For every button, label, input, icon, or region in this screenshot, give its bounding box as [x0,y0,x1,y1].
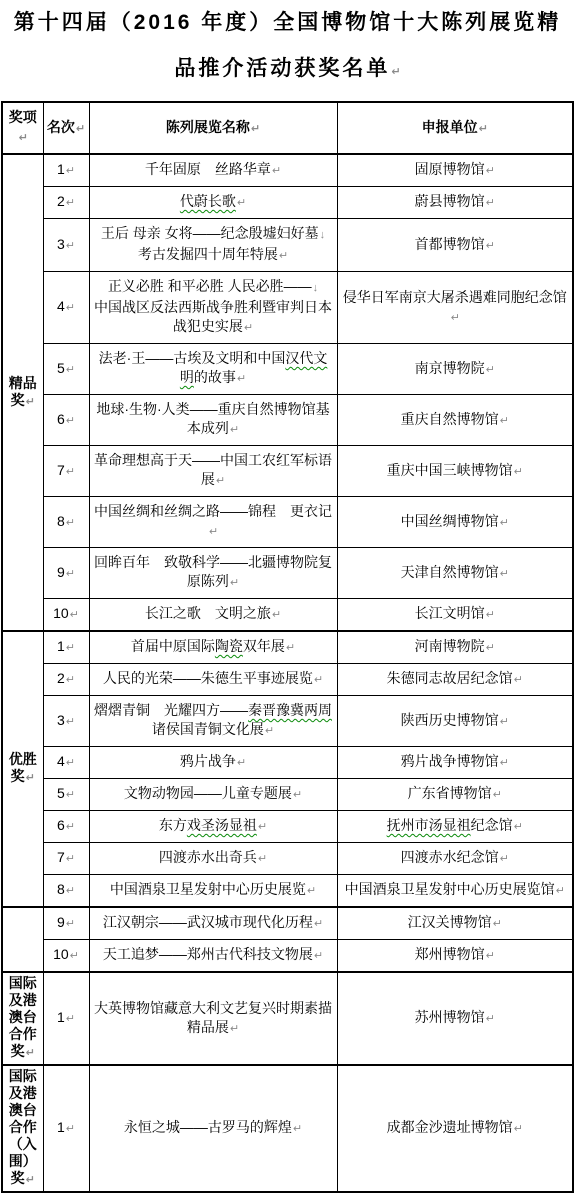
text-segment: 大英博物馆藏意大利文艺复兴时期素描 [94,1000,332,1016]
text-segment: 精品展 [187,1019,229,1035]
organization-cell: 鸦片战争博物馆↵ [337,747,573,779]
text-segment: 河南博物院 [415,638,485,654]
paragraph-mark-icon: ↵ [65,674,75,686]
rank-cell: 3↵ [43,696,89,747]
table-row: 5↵法老·王——古埃及文明和中国汉代文明的故事↵南京博物院↵ [2,344,573,395]
paragraph-mark-icon: ↵ [485,197,495,209]
text-segment: 南京博物院 [415,360,485,376]
text-segment: 苏州博物馆 [415,1009,485,1025]
text-segment: 地球·生物·人类——重庆自然博物馆基本成列 [96,401,329,436]
paragraph-mark-icon: ↵ [236,373,246,385]
paragraph-mark-icon: ↵ [65,197,75,209]
organization-cell: 抚州市汤显祖纪念馆↵ [337,811,573,843]
exhibit-name-cell: 中国丝绸和丝绸之路——锦程 更衣记↵ [89,497,337,548]
text-segment: 重庆中国三峡博物馆 [387,462,513,478]
paragraph-mark-icon: ↵ [65,821,75,833]
text-segment: 中国战区反法西斯战争胜利暨审判日本战犯史实展 [94,299,332,334]
title-text: 第十四届（2016 年度）全国博物馆十大陈列展览精 [14,11,562,34]
paragraph-mark-icon: ↵ [513,821,523,833]
exhibit-name-cell: 代蔚长歌↵ [89,187,337,219]
header-cell-organization: 申报单位↵ [337,102,573,154]
paragraph-mark-icon: ↵ [236,197,246,209]
exhibit-name-cell: 东方戏圣汤显祖↵ [89,811,337,843]
paragraph-mark-icon: ↵ [69,950,79,962]
text-segment: 成都金沙遗址博物馆 [387,1119,513,1135]
exhibit-name-cell: 鸦片战争↵ [89,747,337,779]
organization-cell: 陕西历史博物馆↵ [337,696,573,747]
table-row: 4↵正义必胜 和平必胜 人民必胜——↓中国战区反法西斯战争胜利暨审判日本战犯史实… [2,272,573,344]
paragraph-mark-icon: ↵ [75,123,85,135]
paragraph-mark-icon: ↵ [478,123,488,135]
paragraph-mark-icon: ↵ [25,772,35,784]
paragraph-mark-icon: ↵ [250,123,260,135]
paragraph-mark-icon: ↵ [65,364,75,376]
exhibit-name-cell: 中国酒泉卫星发射中心历史展览↵ [89,875,337,908]
text-segment: 中国丝绸和丝绸之路——锦程 更衣记 [94,503,332,519]
award-cell: 精品 奖↵ [2,154,43,631]
awards-table: 奖项↵ 名次↵ 陈列展览名称↵ 申报单位↵ 精品 奖↵1↵千年固原 丝路华章↵固… [1,101,574,1193]
text-segment: 正义必胜 和平必胜 人民必胜—— [108,278,312,294]
header-label: 名次 [47,119,75,135]
text-segment: 天工追梦——郑州古代科技文物展 [103,946,313,962]
award-cell: 优胜 奖↵ [2,631,43,907]
paragraph-mark-icon: ↵ [499,568,509,580]
text-segment: 四渡赤水出奇兵 [159,849,257,865]
line-break-mark-icon: ↓ [319,229,326,241]
header-label: 陈列展览名称 [166,119,250,135]
paragraph-mark-icon: ↵ [485,950,495,962]
table-row: 7↵革命理想高于天——中国工农红军标语展↵重庆中国三峡博物馆↵ [2,446,573,497]
award-cell: 国际 及港 澳台 合作 （入 围） 奖↵ [2,1065,43,1192]
rank-cell: 6↵ [43,811,89,843]
paragraph-mark-icon: ↵ [492,789,502,801]
paragraph-mark-icon: ↵ [18,132,28,144]
rank-cell: 10↵ [43,940,89,973]
paragraph-mark-icon: ↵ [450,312,460,324]
exhibit-name-cell: 地球·生物·人类——重庆自然博物馆基本成列↵ [89,395,337,446]
organization-cell: 长江文明馆↵ [337,599,573,632]
text-segment: 熠熠青铜 光耀四方—— [94,702,248,718]
organization-cell: 南京博物院↵ [337,344,573,395]
rank-number: 7 [57,462,65,478]
exhibit-name-cell: 天工追梦——郑州古代科技文物展↵ [89,940,337,973]
exhibit-name-cell: 法老·王——古埃及文明和中国汉代文明的故事↵ [89,344,337,395]
rank-cell: 10↵ [43,599,89,632]
rank-number: 5 [57,785,65,801]
rank-number: 2 [57,670,65,686]
rank-cell: 5↵ [43,779,89,811]
awards-table-header: 奖项↵ 名次↵ 陈列展览名称↵ 申报单位↵ [2,102,573,154]
rank-cell: 8↵ [43,875,89,908]
organization-cell: 固原博物馆↵ [337,154,573,187]
paragraph-mark-icon: ↵ [485,240,495,252]
exhibit-name-cell: 大英博物馆藏意大利文艺复兴时期素描精品展↵ [89,972,337,1065]
document-title-line2: 品推介活动获奖名单↵ [0,56,575,85]
text-segment: 首届中原国际 [131,638,215,654]
text-segment: 固原博物馆 [415,161,485,177]
paragraph-mark-icon: ↵ [215,475,225,487]
text-segment: 的故事 [194,369,236,385]
paragraph-mark-icon: ↵ [264,725,274,737]
organization-cell: 四渡赤水纪念馆↵ [337,843,573,875]
paragraph-mark-icon: ↵ [236,757,246,769]
rank-cell: 3↵ [43,219,89,272]
paragraph-mark-icon: ↵ [25,396,35,408]
paragraph-mark-icon: ↵ [292,1123,302,1135]
organization-cell: 郑州博物馆↵ [337,940,573,973]
text-segment: 王后 母亲 女将——纪念殷墟妇好墓 [101,225,319,241]
exhibit-name-cell: 王后 母亲 女将——纪念殷墟妇好墓↓考古发掘四十周年特展↵ [89,219,337,272]
title-text: 品推介活动获奖名单 [174,57,390,80]
table-row: 10↵长江之歌 文明之旅↵长江文明馆↵ [2,599,573,632]
exhibit-name-cell: 文物动物园——儿童专题展↵ [89,779,337,811]
organization-cell: 中国丝绸博物馆↵ [337,497,573,548]
paragraph-mark-icon: ↵ [69,609,79,621]
paragraph-mark-icon: ↵ [65,918,75,930]
table-row: 4↵鸦片战争↵鸦片战争博物馆↵ [2,747,573,779]
paragraph-mark-icon: ↵ [292,789,302,801]
text-segment: 广东省博物馆 [408,785,492,801]
rank-cell: 1↵ [43,1065,89,1192]
text-segment: 郑州博物馆 [415,946,485,962]
award-label: 国际 及港 澳台 合作 （入 围） 奖 [9,1068,37,1186]
table-row: 6↵东方戏圣汤显祖↵抚州市汤显祖纪念馆↵ [2,811,573,843]
rank-number: 6 [57,817,65,833]
table-row: 10↵天工追梦——郑州古代科技文物展↵郑州博物馆↵ [2,940,573,973]
line-break-mark-icon: ↓ [312,282,319,294]
exhibit-name-cell: 四渡赤水出奇兵↵ [89,843,337,875]
table-row: 优胜 奖↵1↵首届中原国际陶瓷双年展↵河南博物院↵ [2,631,573,664]
exhibit-name-cell: 回眸百年 致敬科学——北疆博物院复原陈列↵ [89,548,337,599]
exhibit-name-cell: 革命理想高于天——中国工农红军标语展↵ [89,446,337,497]
header-cell-award: 奖项↵ [2,102,43,154]
organization-cell: 首都博物馆↵ [337,219,573,272]
rank-number: 1 [57,638,65,654]
paragraph-mark-icon: ↵ [257,821,267,833]
paragraph-mark-icon: ↵ [208,526,218,538]
text-segment: 考古发掘四十周年特展 [138,246,278,262]
paragraph-mark-icon: ↵ [492,918,502,930]
text-segment: 戏圣汤显祖 [187,817,257,833]
text-segment: 陶瓷 [215,638,243,654]
paragraph-mark-icon: ↵ [485,642,495,654]
paragraph-mark-icon: ↵ [390,66,400,78]
rank-number: 3 [57,712,65,728]
text-segment: 朱德同志故居纪念馆 [387,670,513,686]
text-segment: 抚州市汤显祖 [387,817,471,833]
text-segment: 中国酒泉卫星发射中心历史展览馆 [345,881,555,897]
paragraph-mark-icon: ↵ [499,716,509,728]
paragraph-mark-icon: ↵ [499,853,509,865]
text-segment: 江汉关博物馆 [408,914,492,930]
paragraph-mark-icon: ↵ [65,716,75,728]
paragraph-mark-icon: ↵ [65,165,75,177]
text-segment: 秦晋豫冀两周 [248,702,332,718]
text-segment: 首都博物馆 [415,236,485,252]
organization-cell: 蔚县博物馆↵ [337,187,573,219]
paragraph-mark-icon: ↵ [229,1023,239,1035]
text-segment: 法老·王——古埃及文明和中国 [99,350,286,366]
text-segment: 重庆自然博物馆 [401,411,499,427]
paragraph-mark-icon: ↵ [65,415,75,427]
paragraph-mark-icon: ↵ [65,1013,75,1025]
header-row: 奖项↵ 名次↵ 陈列展览名称↵ 申报单位↵ [2,102,573,154]
exhibit-name-cell: 永恒之城——古罗马的辉煌↵ [89,1065,337,1192]
rank-cell: 1↵ [43,631,89,664]
exhibit-name-cell: 正义必胜 和平必胜 人民必胜——↓中国战区反法西斯战争胜利暨审判日本战犯史实展↵ [89,272,337,344]
paragraph-mark-icon: ↵ [65,568,75,580]
rank-number: 9 [57,914,65,930]
table-row: 精品 奖↵1↵千年固原 丝路华章↵固原博物馆↵ [2,154,573,187]
rank-cell: 7↵ [43,843,89,875]
organization-cell: 广东省博物馆↵ [337,779,573,811]
paragraph-mark-icon: ↵ [513,674,523,686]
rank-number: 7 [57,849,65,865]
text-segment: 纪念馆 [471,817,513,833]
table-row: 7↵四渡赤水出奇兵↵四渡赤水纪念馆↵ [2,843,573,875]
text-segment: 蔚县博物馆 [415,193,485,209]
organization-cell: 河南博物院↵ [337,631,573,664]
text-segment: 四渡赤水纪念馆 [401,849,499,865]
text-segment: 革命理想高于天——中国工农红军标语展 [94,452,332,487]
paragraph-mark-icon: ↵ [257,853,267,865]
rank-cell: 1↵ [43,154,89,187]
table-row: 3↵熠熠青铜 光耀四方——秦晋豫冀两周诸侯国青铜文化展↵陕西历史博物馆↵ [2,696,573,747]
table-row: 9↵回眸百年 致敬科学——北疆博物院复原陈列↵天津自然博物馆↵ [2,548,573,599]
text-segment: 人民的光荣——朱德生平事迹展览 [103,670,313,686]
table-row: 5↵文物动物园——儿童专题展↵广东省博物馆↵ [2,779,573,811]
table-row: 3↵王后 母亲 女将——纪念殷墟妇好墓↓考古发掘四十周年特展↵首都博物馆↵ [2,219,573,272]
text-segment: 天津自然博物馆 [401,564,499,580]
text-segment: 中国酒泉卫星发射中心历史展览 [110,881,306,897]
awards-table-body: 精品 奖↵1↵千年固原 丝路华章↵固原博物馆↵2↵代蔚长歌↵蔚县博物馆↵3↵王后… [2,154,573,1192]
document-page: 第十四届（2016 年度）全国博物馆十大陈列展览精 品推介活动获奖名单↵ 奖项↵… [0,0,575,1193]
text-segment: 永恒之城——古罗马的辉煌 [124,1119,292,1135]
rank-cell: 5↵ [43,344,89,395]
rank-number: 2 [57,193,65,209]
paragraph-mark-icon: ↵ [65,789,75,801]
table-row: 2↵人民的光荣——朱德生平事迹展览↵朱德同志故居纪念馆↵ [2,664,573,696]
rank-number: 8 [57,881,65,897]
exhibit-name-cell: 人民的光荣——朱德生平事迹展览↵ [89,664,337,696]
paragraph-mark-icon: ↵ [306,885,316,897]
exhibit-name-cell: 首届中原国际陶瓷双年展↵ [89,631,337,664]
text-segment: 侵华日军南京大屠杀遇难同胞纪念馆 [343,289,567,305]
rank-cell: 1↵ [43,972,89,1065]
rank-number: 8 [57,513,65,529]
paragraph-mark-icon: ↵ [499,415,509,427]
organization-cell: 苏州博物馆↵ [337,972,573,1065]
paragraph-mark-icon: ↵ [499,757,509,769]
organization-cell: 江汉关博物馆↵ [337,907,573,940]
paragraph-mark-icon: ↵ [25,1047,35,1059]
rank-cell: 9↵ [43,548,89,599]
rank-number: 10 [53,946,69,962]
paragraph-mark-icon: ↵ [285,642,295,654]
rank-number: 1 [57,1009,65,1025]
header-label: 奖项 [9,109,37,125]
rank-cell: 7↵ [43,446,89,497]
award-cell: 国际 及港 澳台 合作 奖↵ [2,972,43,1065]
paragraph-mark-icon: ↵ [65,885,75,897]
organization-cell: 重庆自然博物馆↵ [337,395,573,446]
rank-number: 10 [53,605,69,621]
paragraph-mark-icon: ↵ [229,424,239,436]
text-segment: 陕西历史博物馆 [401,712,499,728]
paragraph-mark-icon: ↵ [65,240,75,252]
rank-cell: 4↵ [43,272,89,344]
paragraph-mark-icon: ↵ [485,609,495,621]
rank-number: 5 [57,360,65,376]
header-label: 申报单位 [422,119,478,135]
rank-cell: 4↵ [43,747,89,779]
rank-number: 1 [57,1119,65,1135]
exhibit-name-cell: 千年固原 丝路华章↵ [89,154,337,187]
text-segment: 江汉朝宗——武汉城市现代化历程 [103,914,313,930]
paragraph-mark-icon: ↵ [313,918,323,930]
paragraph-mark-icon: ↵ [65,757,75,769]
text-segment: 长江之歌 文明之旅 [145,605,271,621]
table-row: 国际 及港 澳台 合作 奖↵1↵大英博物馆藏意大利文艺复兴时期素描精品展↵苏州博… [2,972,573,1065]
paragraph-mark-icon: ↵ [65,466,75,478]
rank-cell: 9↵ [43,907,89,940]
paragraph-mark-icon: ↵ [243,322,253,334]
paragraph-mark-icon: ↵ [555,885,565,897]
text-segment: 诸侯国青铜文化展 [152,721,264,737]
paragraph-mark-icon: ↵ [313,950,323,962]
text-segment: 长江文明馆 [415,605,485,621]
exhibit-name-cell: 长江之歌 文明之旅↵ [89,599,337,632]
table-row: 9↵江汉朝宗——武汉城市现代化历程↵江汉关博物馆↵ [2,907,573,940]
paragraph-mark-icon: ↵ [65,642,75,654]
rank-cell: 8↵ [43,497,89,548]
rank-number: 4 [57,298,65,314]
exhibit-name-cell: 熠熠青铜 光耀四方——秦晋豫冀两周诸侯国青铜文化展↵ [89,696,337,747]
rank-cell: 2↵ [43,664,89,696]
paragraph-mark-icon: ↵ [513,1123,523,1135]
text-segment: 文物动物园——儿童专题展 [124,785,292,801]
paragraph-mark-icon: ↵ [313,674,323,686]
table-row: 6↵地球·生物·人类——重庆自然博物馆基本成列↵重庆自然博物馆↵ [2,395,573,446]
header-cell-rank: 名次↵ [43,102,89,154]
paragraph-mark-icon: ↵ [65,1123,75,1135]
paragraph-mark-icon: ↵ [485,364,495,376]
organization-cell: 重庆中国三峡博物馆↵ [337,446,573,497]
organization-cell: 中国酒泉卫星发射中心历史展览馆↵ [337,875,573,908]
rank-cell: 2↵ [43,187,89,219]
text-segment: 千年固原 丝路华章 [145,161,271,177]
organization-cell: 成都金沙遗址博物馆↵ [337,1065,573,1192]
table-row: 国际 及港 澳台 合作 （入 围） 奖↵1↵永恒之城——古罗马的辉煌↵成都金沙遗… [2,1065,573,1192]
exhibit-name-cell: 江汉朝宗——武汉城市现代化历程↵ [89,907,337,940]
text-segment: 东方 [159,817,187,833]
header-cell-exhibit-name: 陈列展览名称↵ [89,102,337,154]
text-segment: 鸦片战争 [180,753,236,769]
paragraph-mark-icon: ↵ [229,577,239,589]
paragraph-mark-icon: ↵ [271,165,281,177]
paragraph-mark-icon: ↵ [485,165,495,177]
text-segment: 代蔚长歌 [180,193,236,209]
rank-cell: 6↵ [43,395,89,446]
text-segment: 回眸百年 致敬科学——北疆博物院复原陈列 [94,554,332,589]
paragraph-mark-icon: ↵ [65,853,75,865]
document-title-line1: 第十四届（2016 年度）全国博物馆十大陈列展览精 [0,10,575,36]
organization-cell: 天津自然博物馆↵ [337,548,573,599]
table-row: 8↵中国丝绸和丝绸之路——锦程 更衣记↵中国丝绸博物馆↵ [2,497,573,548]
text-segment: 双年展 [243,638,285,654]
text-segment: 鸦片战争博物馆 [401,753,499,769]
rank-number: 4 [57,753,65,769]
rank-number: 3 [57,236,65,252]
text-segment: 中国丝绸博物馆 [401,513,499,529]
table-row: 2↵代蔚长歌↵蔚县博物馆↵ [2,187,573,219]
paragraph-mark-icon: ↵ [513,466,523,478]
organization-cell: 朱德同志故居纪念馆↵ [337,664,573,696]
rank-number: 6 [57,411,65,427]
paragraph-mark-icon: ↵ [271,609,281,621]
paragraph-mark-icon: ↵ [65,517,75,529]
award-cell [2,907,43,972]
rank-number: 1 [57,161,65,177]
paragraph-mark-icon: ↵ [278,250,288,262]
table-row: 8↵中国酒泉卫星发射中心历史展览↵中国酒泉卫星发射中心历史展览馆↵ [2,875,573,908]
rank-number: 9 [57,564,65,580]
paragraph-mark-icon: ↵ [25,1174,35,1186]
paragraph-mark-icon: ↵ [499,517,509,529]
organization-cell: 侵华日军南京大屠杀遇难同胞纪念馆↵ [337,272,573,344]
paragraph-mark-icon: ↵ [65,302,75,314]
paragraph-mark-icon: ↵ [485,1013,495,1025]
